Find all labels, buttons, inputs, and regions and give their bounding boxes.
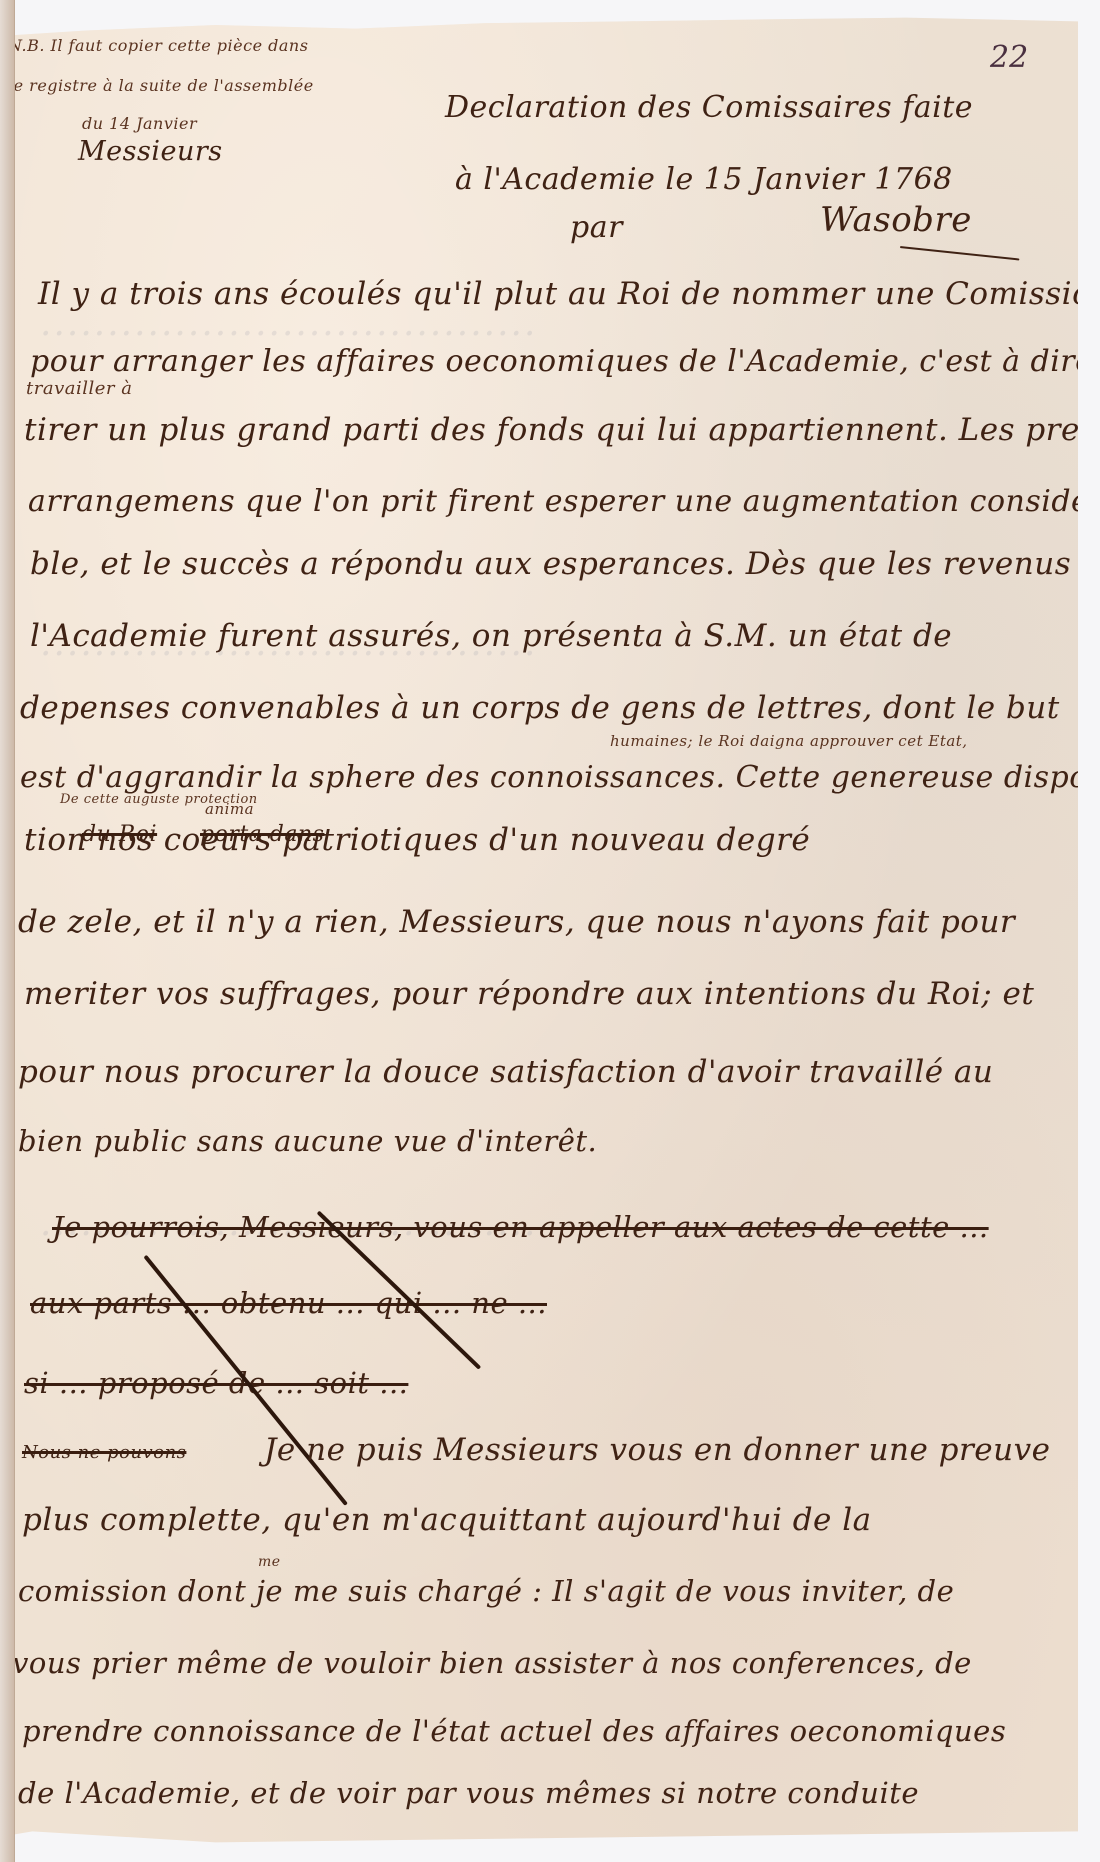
heading-par: par — [570, 210, 623, 245]
body-line: prendre connoissance de l'état actuel de… — [22, 1714, 1006, 1748]
body-line: bien public sans aucune vue d'interêt. — [18, 1124, 597, 1158]
margin-note-line: N.B. Il faut copier cette pièce dans — [8, 36, 308, 55]
page-number: 22 — [990, 40, 1028, 75]
struck-word: du Roi — [82, 822, 157, 847]
body-line: de l'Academie, et de voir par vous mêmes… — [18, 1776, 919, 1810]
binding-edge — [0, 0, 15, 1862]
signature: Wasobre — [820, 200, 972, 240]
body-line: Il y a trois ans écoulés qu'il plut au R… — [38, 276, 1100, 312]
interlinear-note: travailler à — [26, 378, 132, 399]
body-line: tirer un plus grand parti des fonds qui … — [24, 412, 1100, 448]
heading-line-1: Declaration des Comissaires faite — [445, 90, 973, 125]
salutation: Messieurs — [78, 136, 223, 167]
struck-line: aux parts ... obtenu ... qui ... ne ... — [30, 1286, 547, 1320]
body-line: de zele, et il n'y a rien, Messieurs, qu… — [18, 904, 1015, 940]
body-line: ble, et le succès a répondu aux esperanc… — [30, 546, 1100, 582]
manuscript-page: ····································· ··… — [0, 14, 1078, 1846]
heading-line-2: à l'Academie le 15 Janvier 1768 — [455, 162, 953, 197]
struck-line: si ... proposé de ... soit ... — [24, 1366, 408, 1400]
struck-word: Nous ne pouvons — [22, 1442, 186, 1463]
body-line: comission dont je me suis chargé : Il s'… — [18, 1574, 954, 1608]
struck-line: Je pourrois, Messieurs, vous en appeller… — [52, 1210, 989, 1244]
signature-flourish — [900, 246, 1020, 261]
body-line: meriter vos suffrages, pour répondre aux… — [24, 976, 1034, 1012]
interlinear-note: humaines; le Roi daigna approuver cet Et… — [610, 732, 968, 750]
struck-word: porta dans — [200, 822, 324, 847]
body-line: depenses convenables à un corps de gens … — [20, 690, 1060, 726]
interlinear-note: anima — [205, 800, 254, 818]
margin-note-line: le registre à la suite de l'assemblée — [8, 76, 314, 95]
body-line: est d'aggrandir la sphere des connoissan… — [20, 760, 1100, 795]
body-line: pour arranger les affaires oeconomiques … — [30, 344, 1100, 379]
body-line: plus complette, qu'en m'acquittant aujou… — [22, 1502, 872, 1538]
inserted-word: me — [258, 1554, 281, 1570]
body-line: l'Academie furent assurés, on présenta à… — [30, 618, 952, 654]
body-line: pour nous procurer la douce satisfaction… — [18, 1054, 993, 1090]
body-line: vous prier même de vouloir bien assister… — [12, 1646, 972, 1680]
body-line: Je ne puis Messieurs vous en donner une … — [264, 1432, 1050, 1468]
body-line: arrangemens que l'on prit firent esperer… — [28, 484, 1100, 519]
margin-note-line: du 14 Janvier — [82, 114, 197, 133]
